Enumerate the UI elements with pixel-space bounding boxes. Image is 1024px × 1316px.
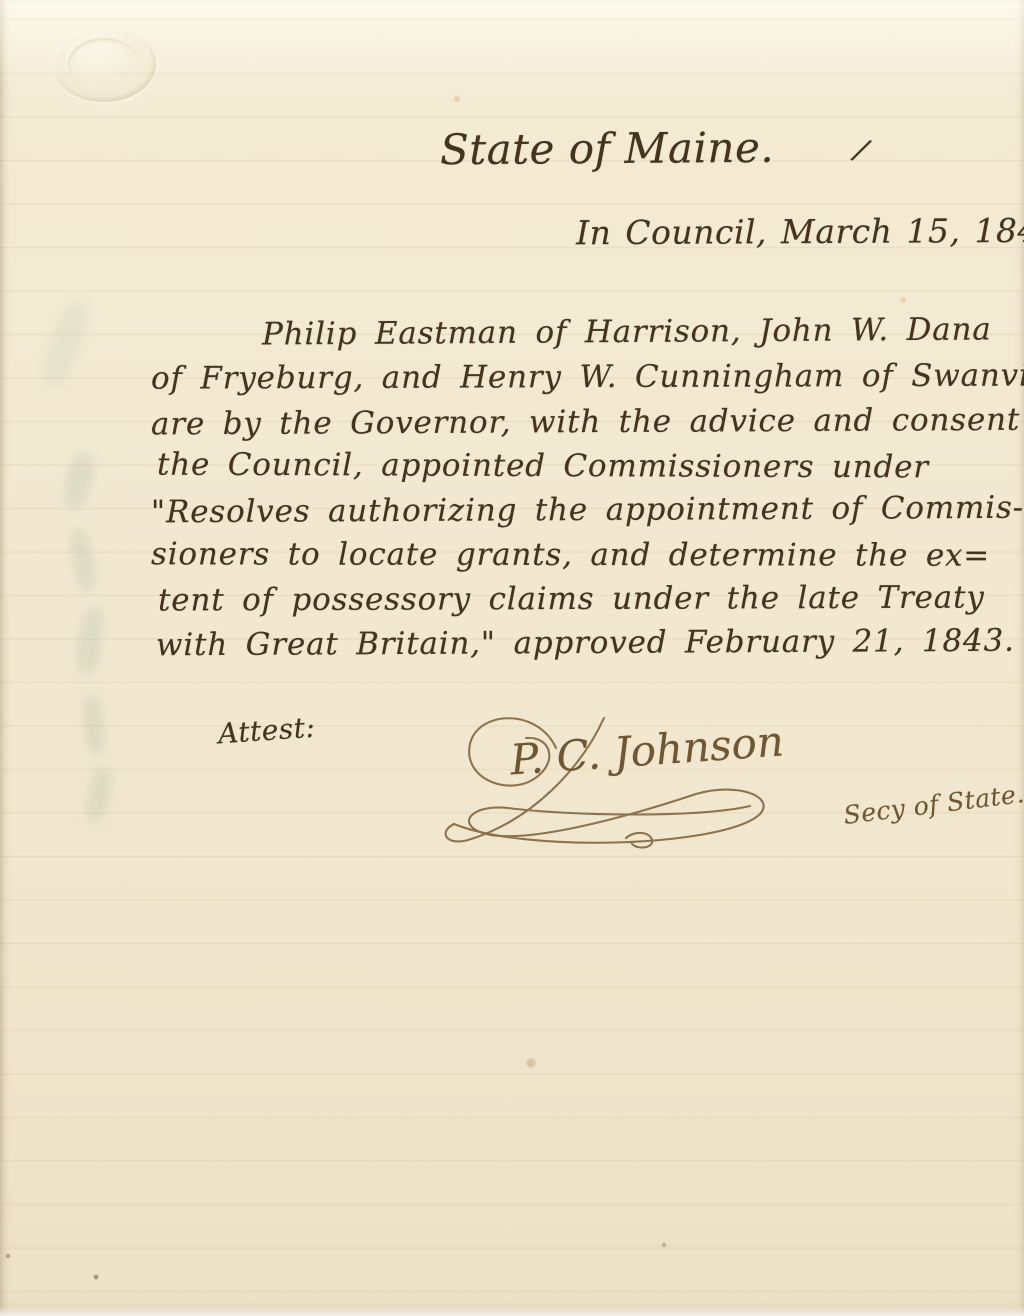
- signer-title: Secy of State.: [842, 779, 1024, 830]
- dateline: In Council, March 15, 1843.: [576, 211, 1024, 253]
- manuscript-line: are by the Governor, with the advice and…: [151, 402, 1024, 443]
- attest-label: Attest:: [217, 711, 316, 751]
- manuscript-line: "Resolves authorizing the appointment of…: [151, 490, 1024, 531]
- signature-block: P. C. Johnson: [398, 692, 838, 852]
- document-title: State of Maine.: [440, 123, 775, 174]
- manuscript-page: State of Maine. / In Council, March 15, …: [0, 0, 1024, 1316]
- manuscript-line: tent of possessory claims under the late…: [158, 580, 985, 619]
- manuscript-line: Philip Eastman of Harrison, John W. Dana: [262, 311, 992, 352]
- manuscript-line: of Fryeburg, and Henry W. Cunningham of …: [151, 357, 1024, 396]
- page-bottom-edge: [0, 1306, 1024, 1316]
- embossed-state-seal-icon: [52, 26, 156, 102]
- manuscript-line: the Council, appointed Commissioners und…: [157, 447, 929, 486]
- page-top-highlight: [0, 0, 1024, 95]
- manuscript-line: with Great Britain," approved February 2…: [156, 623, 1015, 663]
- manuscript-line: sioners to locate grants, and determine …: [151, 536, 990, 573]
- seal-inner-ring: [68, 38, 140, 90]
- stray-pen-mark: /: [851, 132, 872, 169]
